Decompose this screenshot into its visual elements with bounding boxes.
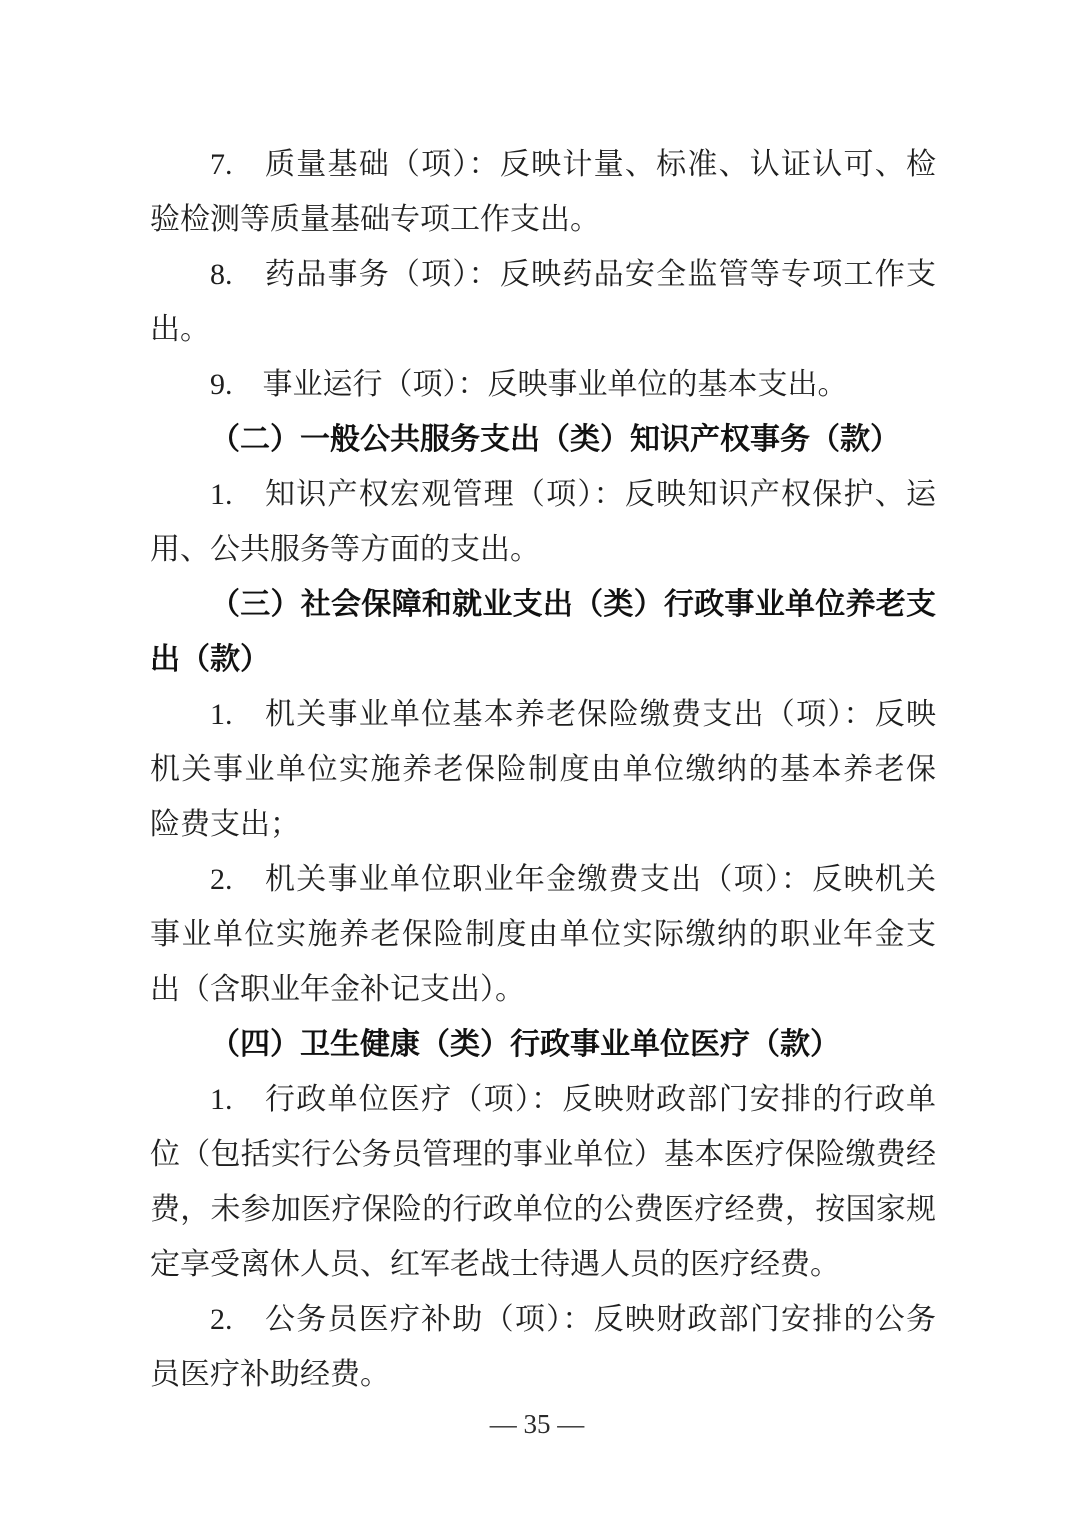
paragraph: 8. 药品事务（项）：反映药品安全监管等专项工作支出。 [150, 247, 936, 357]
page-number: — 35 — [0, 1403, 1074, 1445]
paragraph: 1. 知识产权宏观管理（项）：反映知识产权保护、运用、公共服务等方面的支出。 [150, 467, 936, 577]
text-line: 险费支出； [150, 797, 936, 852]
text-line: 验检测等质量基础专项工作支出。 [150, 192, 936, 247]
document-content: 7. 质量基础（项）：反映计量、标准、认证认可、检验检测等质量基础专项工作支出。… [150, 137, 936, 1402]
section-heading: （三）社会保障和就业支出（类）行政事业单位养老支出（款） [150, 577, 936, 687]
text-line: 2. 公务员医疗补助（项）：反映财政部门安排的公务 [150, 1292, 936, 1347]
paragraph: 1. 行政单位医疗（项）：反映财政部门安排的行政单位（包括实行公务员管理的事业单… [150, 1072, 936, 1292]
section-heading: （二）一般公共服务支出（类）知识产权事务（款） [150, 412, 936, 467]
section-heading: （四）卫生健康（类）行政事业单位医疗（款） [150, 1017, 936, 1072]
text-line: 1. 行政单位医疗（项）：反映财政部门安排的行政单 [150, 1072, 936, 1127]
text-line: 员医疗补助经费。 [150, 1347, 936, 1402]
text-line: （三）社会保障和就业支出（类）行政事业单位养老支 [150, 577, 936, 632]
text-line: 出（款） [150, 632, 936, 687]
text-line: 2. 机关事业单位职业年金缴费支出（项）：反映机关 [150, 852, 936, 907]
text-line: 位（包括实行公务员管理的事业单位）基本医疗保险缴费经 [150, 1127, 936, 1182]
text-line: （四）卫生健康（类）行政事业单位医疗（款） [150, 1017, 936, 1072]
paragraph: 1. 机关事业单位基本养老保险缴费支出（项）：反映机关事业单位实施养老保险制度由… [150, 687, 936, 852]
text-line: 出（含职业年金补记支出）。 [150, 962, 936, 1017]
text-line: 费，未参加医疗保险的行政单位的公费医疗经费，按国家规 [150, 1182, 936, 1237]
text-line: 机关事业单位实施养老保险制度由单位缴纳的基本养老保 [150, 742, 936, 797]
paragraph: 9. 事业运行（项）：反映事业单位的基本支出。 [150, 357, 936, 412]
document-page: 7. 质量基础（项）：反映计量、标准、认证认可、检验检测等质量基础专项工作支出。… [0, 0, 1074, 1520]
paragraph: 2. 公务员医疗补助（项）：反映财政部门安排的公务员医疗补助经费。 [150, 1292, 936, 1402]
text-line: 1. 机关事业单位基本养老保险缴费支出（项）：反映 [150, 687, 936, 742]
text-line: 8. 药品事务（项）：反映药品安全监管等专项工作支 [150, 247, 936, 302]
text-line: 用、公共服务等方面的支出。 [150, 522, 936, 577]
paragraph: 2. 机关事业单位职业年金缴费支出（项）：反映机关事业单位实施养老保险制度由单位… [150, 852, 936, 1017]
text-line: （二）一般公共服务支出（类）知识产权事务（款） [150, 412, 936, 467]
text-line: 7. 质量基础（项）：反映计量、标准、认证认可、检 [150, 137, 936, 192]
text-line: 事业单位实施养老保险制度由单位实际缴纳的职业年金支 [150, 907, 936, 962]
text-line: 9. 事业运行（项）：反映事业单位的基本支出。 [150, 357, 936, 412]
text-line: 1. 知识产权宏观管理（项）：反映知识产权保护、运 [150, 467, 936, 522]
text-line: 定享受离休人员、红军老战士待遇人员的医疗经费。 [150, 1237, 936, 1292]
paragraph: 7. 质量基础（项）：反映计量、标准、认证认可、检验检测等质量基础专项工作支出。 [150, 137, 936, 247]
text-line: 出。 [150, 302, 936, 357]
